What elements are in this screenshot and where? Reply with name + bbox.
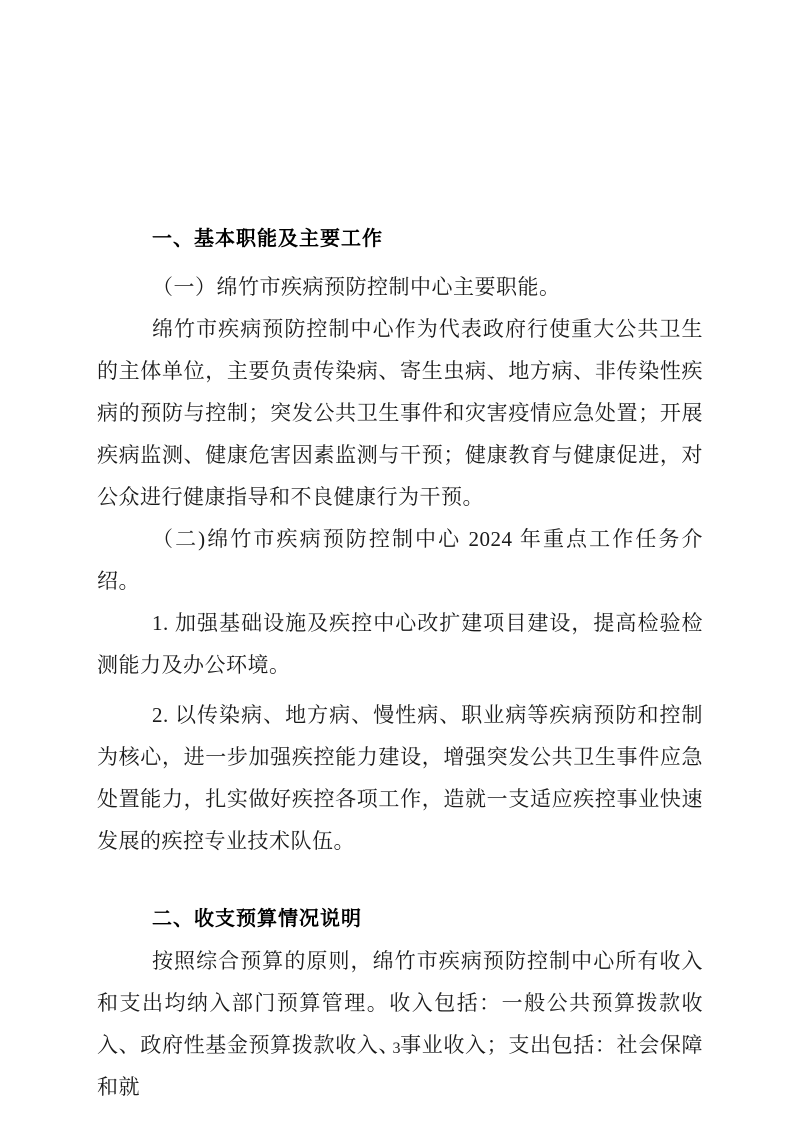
section-1-subheading-2: （二)绵竹市疾病预防控制中心 2024 年重点工作任务介绍。 (97, 518, 703, 602)
section-1-task-2: 2. 以传染病、地方病、慢性病、职业病等疾病预防和控制为核心，进一步加强疾控能力… (97, 694, 703, 862)
document-page: 一、基本职能及主要工作 （一）绵竹市疾病预防控制中心主要职能。 绵竹市疾病预防控… (0, 0, 793, 1122)
document-content: 一、基本职能及主要工作 （一）绵竹市疾病预防控制中心主要职能。 绵竹市疾病预防控… (97, 218, 703, 1108)
section-1-heading: 一、基本职能及主要工作 (97, 218, 703, 260)
page-number: 3 (0, 1038, 793, 1060)
section-2-heading: 二、收支预算情况说明 (97, 898, 703, 940)
section-1-subheading-1: （一）绵竹市疾病预防控制中心主要职能。 (97, 266, 703, 308)
section-1-task-1: 1. 加强基础设施及疾控中心改扩建项目建设，提高检验检测能力及办公环境。 (97, 602, 703, 686)
section-1-paragraph-functions: 绵竹市疾病预防控制中心作为代表政府行使重大公共卫生的主体单位，主要负责传染病、寄… (97, 308, 703, 518)
section-2-paragraph-budget: 按照综合预算的原则，绵竹市疾病预防控制中心所有收入和支出均纳入部门预算管理。收入… (97, 940, 703, 1108)
